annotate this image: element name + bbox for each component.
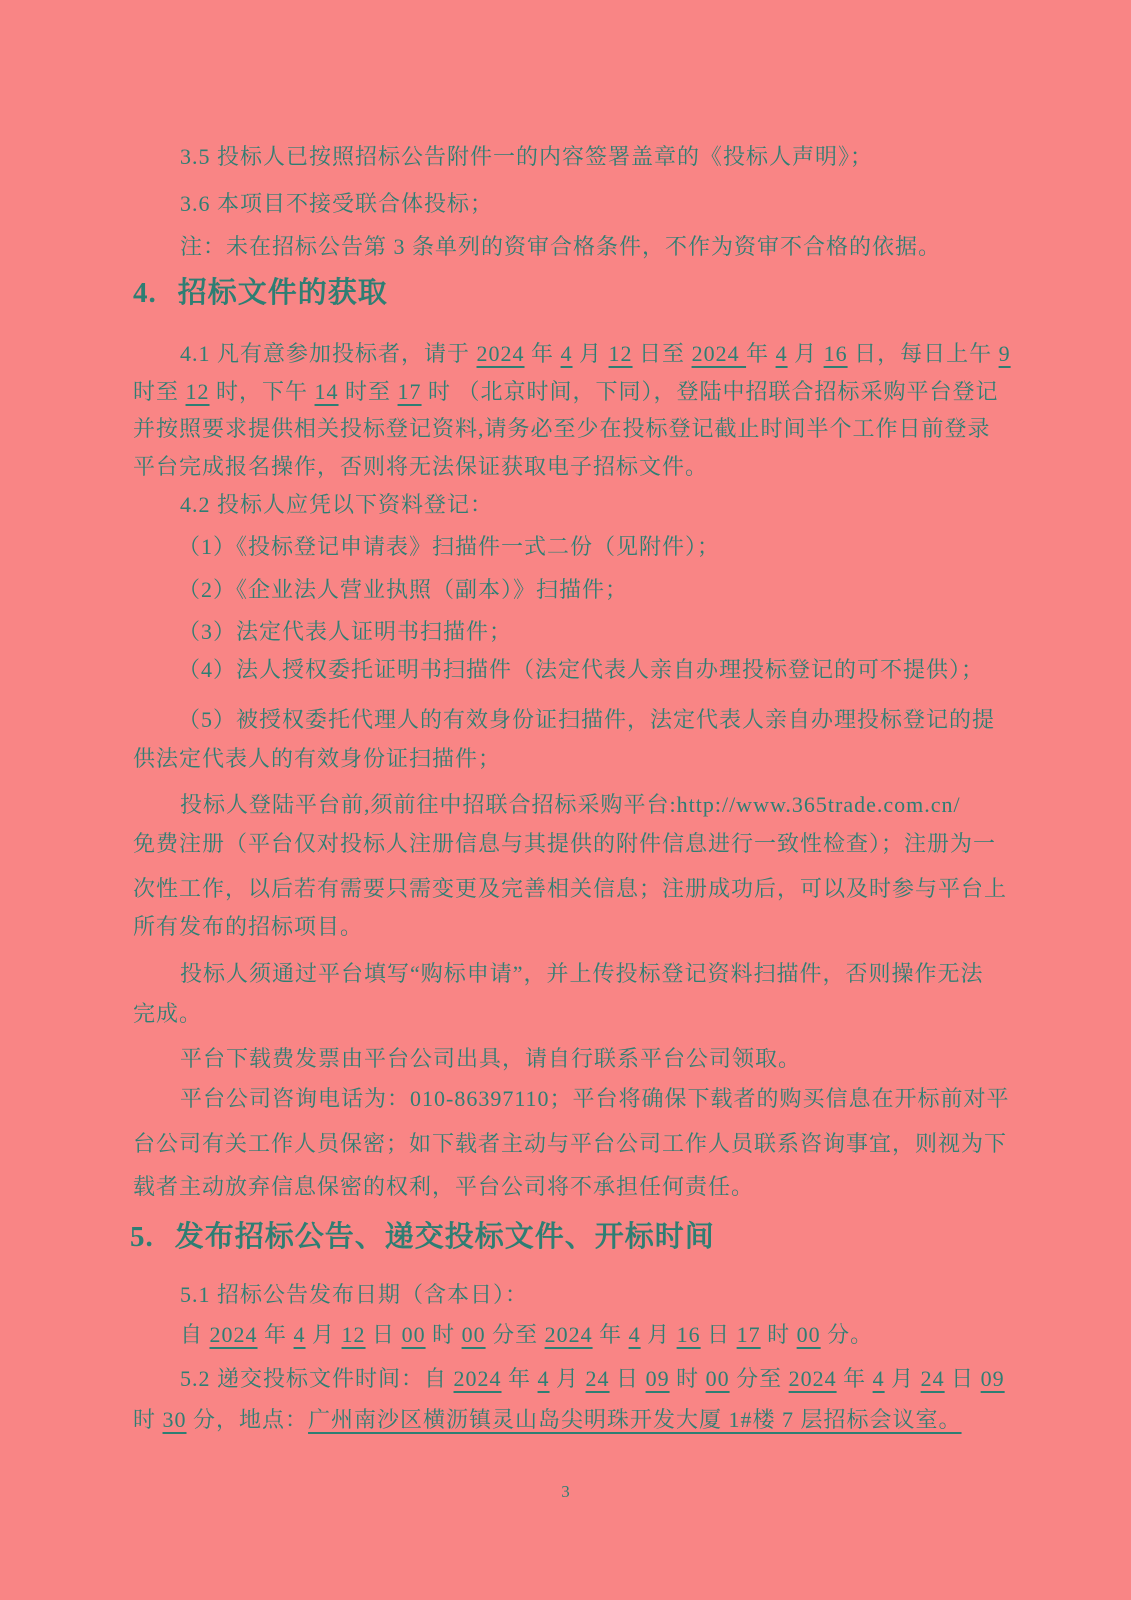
- text-segment: 00: [462, 1322, 486, 1347]
- text-segment: 4.2 投标人应凭以下资料登记：: [180, 492, 493, 517]
- text-segment: 自: [180, 1322, 210, 1347]
- text-segment: 17: [737, 1322, 761, 1347]
- clause-5-2-line-1: 5.2 递交投标文件时间：自 2024 年 4 月 24 日 09 时 00 分…: [180, 1364, 1005, 1394]
- text-segment: 平台完成报名操作，否则将无法保证获取电子招标文件。: [133, 454, 708, 479]
- section-5-heading: 5.发布招标公告、递交投标文件、开标时间: [130, 1220, 715, 1254]
- text-segment: 日: [610, 1366, 646, 1391]
- page-number: 3: [0, 1482, 1131, 1502]
- text-segment: 4: [561, 341, 573, 366]
- text-segment: 月: [306, 1322, 342, 1347]
- clause-3-6: 3.6 本项目不接受联合体投标；: [180, 189, 493, 219]
- text-segment: 平台下载费发票由平台公司出具，请自行联系平台公司领取。: [180, 1046, 801, 1071]
- text-segment: 4: [629, 1322, 641, 1347]
- text-segment: 12: [342, 1322, 366, 1347]
- text-segment: 时至: [133, 379, 186, 404]
- text-segment: 分，地点：: [187, 1407, 309, 1432]
- clause-4-1-line-1: 4.1 凡有意参加投标者，请于 2024 年 4 月 12 日至 2024 年 …: [180, 339, 1011, 369]
- text-segment: 3.6 本项目不接受联合体投标；: [180, 191, 493, 216]
- clause-5-1-dates: 自 2024 年 4 月 12 日 00 时 00 分至 2024 年 4 月 …: [180, 1320, 873, 1350]
- text-segment: 供法定代表人的有效身份证扫描件；: [133, 746, 501, 771]
- text-segment: 日: [366, 1322, 402, 1347]
- text-segment: 时: [761, 1322, 797, 1347]
- text-segment: 24: [921, 1366, 945, 1391]
- hotline-line-1: 平台公司咨询电话为：010-86397110；平台将确保下载者的购买信息在开标前…: [180, 1084, 1010, 1114]
- text-segment: 2024: [454, 1366, 502, 1391]
- text-segment: 所有发布的招标项目。: [133, 914, 363, 939]
- list-item-1: （1）《投标登记申请表》扫描件一式二份（见附件）；: [178, 532, 720, 562]
- text-segment: 时: [133, 1407, 163, 1432]
- text-segment: 时: [426, 1322, 462, 1347]
- text-segment: 分至: [730, 1366, 789, 1391]
- text-segment: 日: [945, 1366, 981, 1391]
- text-segment: 完成。: [133, 1001, 202, 1026]
- text-segment: 年: [502, 1366, 538, 1391]
- text-segment: （3）法定代表人证明书扫描件；: [178, 619, 512, 644]
- purchase-apply-line-1: 投标人须通过平台填写“购标申请”，并上传投标登记资料扫描件，否则操作无法: [180, 959, 984, 989]
- text-segment: 17: [398, 379, 422, 404]
- text-segment: 日至: [633, 341, 692, 366]
- text-segment: 月: [885, 1366, 921, 1391]
- text-segment: 00: [797, 1322, 821, 1347]
- text-segment: （5）被授权委托代理人的有效身份证扫描件，法定代表人亲自办理投标登记的提: [178, 707, 995, 732]
- section-5-number: 5.: [130, 1221, 154, 1253]
- text-segment: 00: [402, 1322, 426, 1347]
- text-segment: （1）《投标登记申请表》扫描件一式二份（见附件）；: [178, 534, 720, 559]
- text-segment: 时 （北京时间，下同），登陆中招联合招标采购平台登记: [422, 379, 999, 404]
- text-segment: 注：未在招标公告第 3 条单列的资审合格条件，不作为资审不合格的依据。: [180, 234, 941, 259]
- text-segment: 时: [670, 1366, 706, 1391]
- text-segment: 年: [837, 1366, 873, 1391]
- clause-4-1-line-3: 并按照要求提供相关投标登记资料,请务必至少在投标登记截止时间半个工作日前登录: [133, 414, 991, 444]
- text-segment: 平台公司咨询电话为：010-86397110；平台将确保下载者的购买信息在开标前…: [180, 1086, 1010, 1111]
- text-segment: 月: [550, 1366, 586, 1391]
- text-segment: 4: [538, 1366, 550, 1391]
- clause-4-1-line-4: 平台完成报名操作，否则将无法保证获取电子招标文件。: [133, 452, 708, 482]
- text-segment: 3.5 投标人已按照招标公告附件一的内容签署盖章的《投标人声明》；: [180, 144, 873, 169]
- text-segment: 月: [788, 341, 824, 366]
- text-segment: 16: [677, 1322, 701, 1347]
- text-segment: 5.1 招标公告发布日期（含本日）：: [180, 1282, 528, 1307]
- list-item-5-line-1: （5）被授权委托代理人的有效身份证扫描件，法定代表人亲自办理投标登记的提: [178, 705, 995, 735]
- text-segment: 4.1 凡有意参加投标者，请于: [180, 341, 477, 366]
- text-segment: 00: [706, 1366, 730, 1391]
- list-item-4: （4）法人授权委托证明书扫描件（法定代表人亲自办理投标登记的可不提供）；: [178, 655, 984, 685]
- hotline-line-3: 载者主动放弃信息保密的权利，平台公司将不承担任何责任。: [133, 1172, 754, 1202]
- platform-register-line-2: 免费注册（平台仅对投标人注册信息与其提供的附件信息进行一致性检查）；注册为一: [133, 829, 996, 859]
- text-segment: 2024: [789, 1366, 837, 1391]
- text-segment: 投标人须通过平台填写“购标申请”，并上传投标登记资料扫描件，否则操作无法: [180, 961, 984, 986]
- purchase-apply-line-2: 完成。: [133, 999, 202, 1029]
- text-segment: 9: [999, 341, 1011, 366]
- text-segment: 5.2 递交投标文件时间：自: [180, 1366, 454, 1391]
- bid-opening-address: 广州南沙区横沥镇灵山岛尖明珠开发大厦 1#楼 7 层招标会议室。: [308, 1407, 962, 1432]
- text-segment: 并按照要求提供相关投标登记资料,请务必至少在投标登记截止时间半个工作日前登录: [133, 416, 991, 441]
- text-segment: 2024: [210, 1322, 258, 1347]
- text-segment: 09: [981, 1366, 1005, 1391]
- text-segment: 4: [873, 1366, 885, 1391]
- text-segment: 时至: [339, 379, 398, 404]
- invoice-line: 平台下载费发票由平台公司出具，请自行联系平台公司领取。: [180, 1044, 801, 1074]
- document-page: 3.5 投标人已按照招标公告附件一的内容签署盖章的《投标人声明》；3.6 本项目…: [0, 0, 1131, 1600]
- text-segment: （2）《企业法人营业执照（副本）》扫描件；: [178, 577, 628, 602]
- text-segment: 16: [824, 341, 848, 366]
- text-segment: 日: [701, 1322, 737, 1347]
- text-segment: 载者主动放弃信息保密的权利，平台公司将不承担任何责任。: [133, 1174, 754, 1199]
- clause-4-2: 4.2 投标人应凭以下资料登记：: [180, 490, 493, 520]
- list-item-2: （2）《企业法人营业执照（副本）》扫描件；: [178, 575, 628, 605]
- section-4-heading: 4.招标文件的获取: [133, 276, 388, 310]
- text-segment: 年: [258, 1322, 294, 1347]
- text-segment: 12: [186, 379, 210, 404]
- clause-3-note: 注：未在招标公告第 3 条单列的资审合格条件，不作为资审不合格的依据。: [180, 232, 941, 262]
- text-segment: 2024: [477, 341, 525, 366]
- text-segment: 4: [294, 1322, 306, 1347]
- text-segment: （4）法人授权委托证明书扫描件（法定代表人亲自办理投标登记的可不提供）；: [178, 657, 984, 682]
- text-segment: 14: [315, 379, 339, 404]
- text-segment: 时，下午: [210, 379, 315, 404]
- platform-register-line-1: 投标人登陆平台前,须前往中招联合招标采购平台:http://www.365tra…: [180, 790, 961, 820]
- text-segment: 投标人登陆平台前,须前往中招联合招标采购平台:http://www.365tra…: [180, 792, 961, 817]
- section-5-title: 发布招标公告、递交投标文件、开标时间: [175, 1221, 715, 1253]
- list-item-5-line-2: 供法定代表人的有效身份证扫描件；: [133, 744, 501, 774]
- clause-5-2-line-2: 时 30 分，地点：广州南沙区横沥镇灵山岛尖明珠开发大厦 1#楼 7 层招标会议…: [133, 1405, 962, 1435]
- text-segment: 2024: [545, 1322, 593, 1347]
- text-segment: 台公司有关工作人员保密；如下载者主动与平台公司工作人员联系咨询事宜，则视为下: [133, 1131, 1007, 1156]
- text-segment: 月: [573, 341, 609, 366]
- text-segment: 年: [525, 341, 561, 366]
- section-4-title: 招标文件的获取: [178, 277, 388, 309]
- text-segment: 4: [776, 341, 788, 366]
- clause-5-1: 5.1 招标公告发布日期（含本日）：: [180, 1280, 528, 1310]
- text-segment: 30: [163, 1407, 187, 1432]
- platform-register-line-4: 所有发布的招标项目。: [133, 912, 363, 942]
- section-4-number: 4.: [133, 277, 157, 309]
- text-segment: 24: [586, 1366, 610, 1391]
- text-segment: 09: [646, 1366, 670, 1391]
- text-segment: 月: [641, 1322, 677, 1347]
- clause-4-1-line-2: 时至 12 时，下午 14 时至 17 时 （北京时间，下同），登陆中招联合招标…: [133, 377, 999, 407]
- platform-register-line-3: 次性工作，以后若有需要只需变更及完善相关信息；注册成功后，可以及时参与平台上: [133, 874, 1007, 904]
- text-segment: 12: [609, 341, 633, 366]
- text-segment: 年: [746, 341, 776, 366]
- hotline-line-2: 台公司有关工作人员保密；如下载者主动与平台公司工作人员联系咨询事宜，则视为下: [133, 1129, 1007, 1159]
- text-segment: 2024: [692, 341, 747, 366]
- text-segment: 分。: [821, 1322, 874, 1347]
- text-segment: 分至: [486, 1322, 545, 1347]
- text-segment: 日，每日上午: [848, 341, 999, 366]
- text-segment: 次性工作，以后若有需要只需变更及完善相关信息；注册成功后，可以及时参与平台上: [133, 876, 1007, 901]
- text-segment: 年: [593, 1322, 629, 1347]
- text-segment: 免费注册（平台仅对投标人注册信息与其提供的附件信息进行一致性检查）；注册为一: [133, 831, 996, 856]
- clause-3-5: 3.5 投标人已按照招标公告附件一的内容签署盖章的《投标人声明》；: [180, 142, 873, 172]
- list-item-3: （3）法定代表人证明书扫描件；: [178, 617, 512, 647]
